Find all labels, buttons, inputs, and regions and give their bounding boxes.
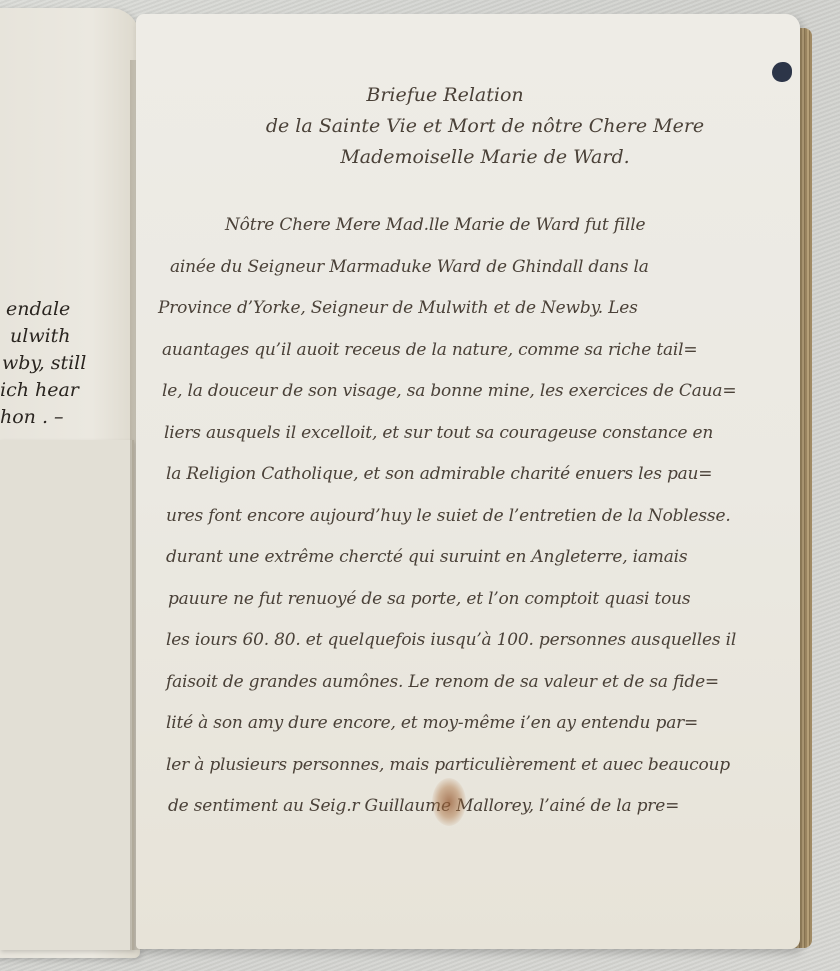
body-line: ures font encore aujourd’huy le suiet de…: [166, 496, 800, 538]
left-line: ich hear: [0, 377, 140, 404]
manuscript-title: Briefue Relation de la Sainte Vie et Mor…: [170, 80, 800, 173]
title-line: Mademoiselle Marie de Ward.: [170, 142, 800, 173]
ink-blot-mark: [772, 62, 792, 82]
body-line: lité à son amy dure encore, et moy-même …: [166, 703, 800, 745]
left-line: hon . –: [0, 404, 140, 431]
body-line: la Religion Catholique, et son admirable…: [166, 454, 800, 496]
body-line: faisoit de grandes aumônes. Le renom de …: [166, 662, 800, 704]
body-line: durant une extrême chercté qui suruint e…: [166, 537, 800, 579]
left-page-stack: [0, 440, 134, 950]
body-line: le, la douceur de son visage, sa bonne m…: [162, 371, 800, 413]
left-line: wby, still: [0, 350, 140, 377]
body-line: liers ausquels il excelloit, et sur tout…: [164, 413, 800, 455]
title-line: de la Sainte Vie et Mort de nôtre Chere …: [170, 111, 800, 142]
title-line: Briefue Relation: [170, 80, 800, 111]
body-line: ler à plusieurs personnes, mais particul…: [166, 745, 800, 787]
body-line: ainée du Seigneur Marmaduke Ward de Ghin…: [170, 247, 800, 289]
paper-stain: [432, 778, 466, 826]
left-line: endale: [0, 296, 140, 323]
body-line: de sentiment au Seig.r Guillaume Mallore…: [168, 786, 800, 828]
body-line: Nôtre Chere Mere Mad.lle Marie de Ward f…: [170, 205, 800, 247]
body-line: auantages qu’il auoit receus de la natur…: [162, 330, 800, 372]
manuscript-text: Briefue Relation de la Sainte Vie et Mor…: [170, 80, 800, 828]
left-page-text: endale ulwith wby, still ich hear hon . …: [0, 296, 140, 431]
body-line: Province d’Yorke, Seigneur de Mulwith et…: [158, 288, 800, 330]
body-line: pauure ne fut renuoyé de sa porte, et l’…: [168, 579, 800, 621]
body-line: les iours 60. 80. et quelquefois iusqu’à…: [166, 620, 800, 662]
left-line: ulwith: [0, 323, 140, 350]
